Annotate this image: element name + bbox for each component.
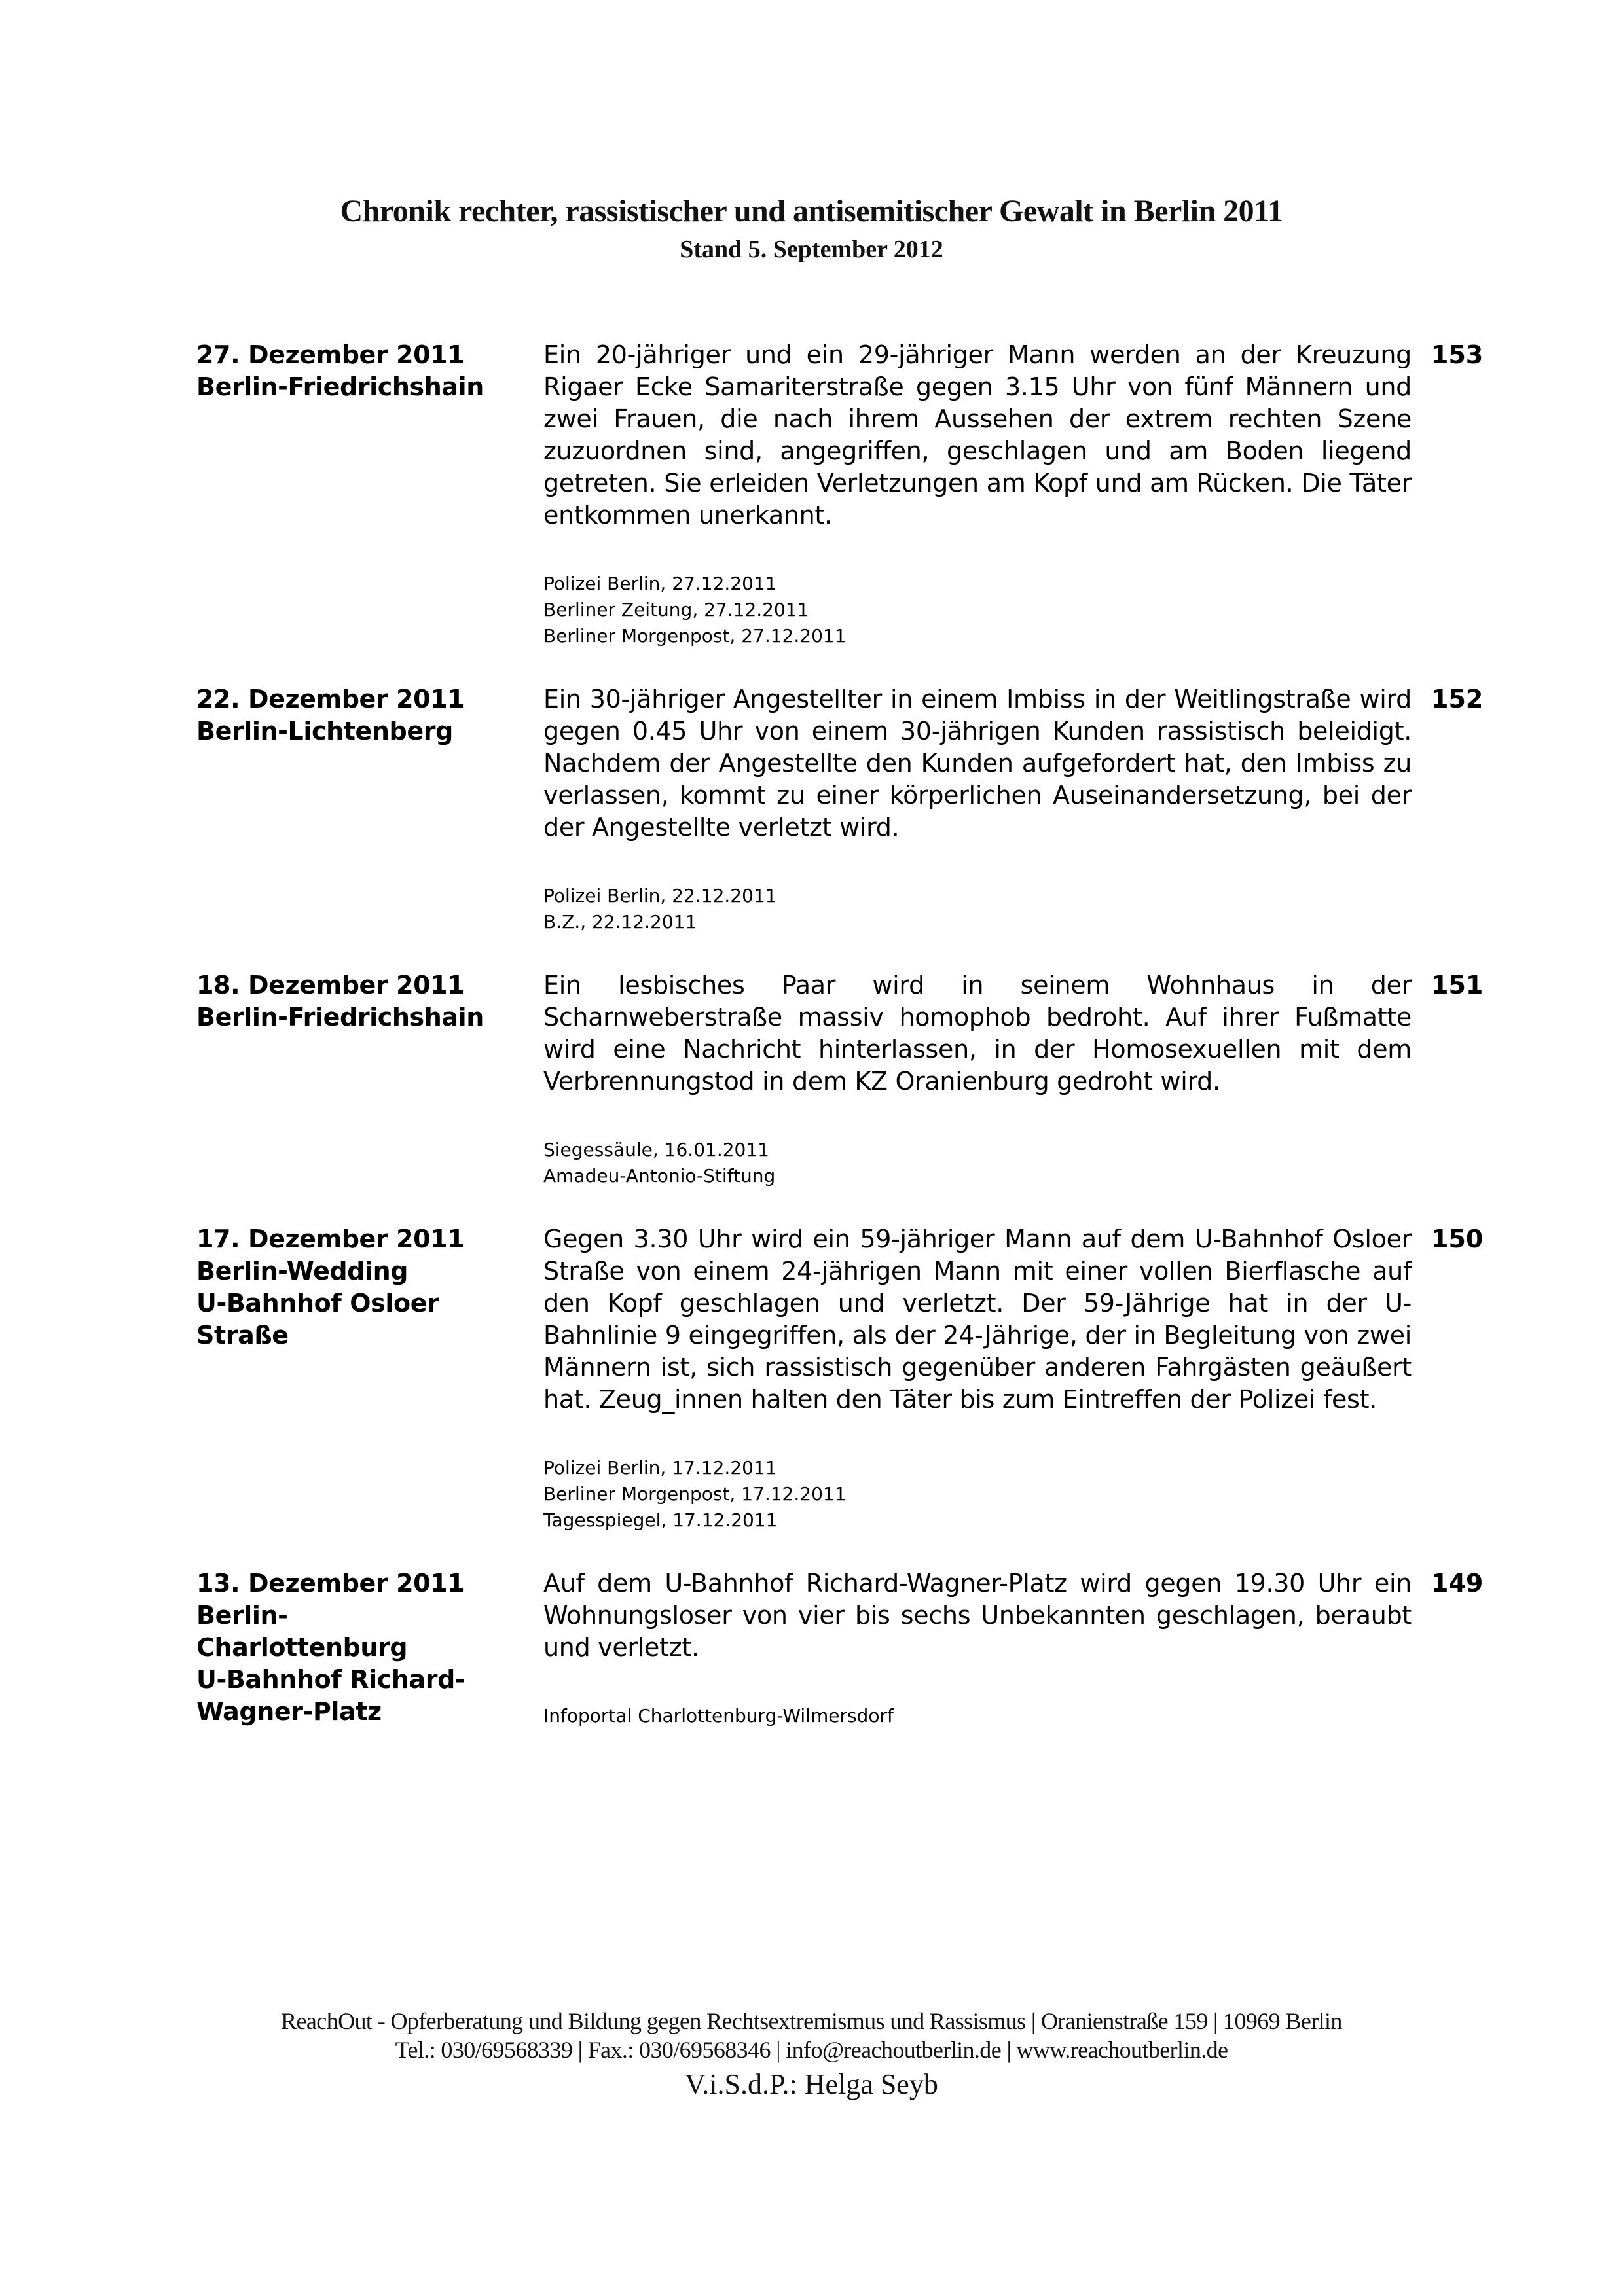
incident-date: 18. Dezember 2011 — [196, 969, 537, 1001]
incident-sources: Polizei Berlin, 17.12.2011 Berliner Morg… — [543, 1455, 1414, 1534]
incident-body: Gegen 3.30 Uhr wird ein 59-jähriger Mann… — [537, 1223, 1414, 1534]
incident-location: Berlin-Friedrichshain — [196, 1001, 537, 1033]
incident-entry: 22. Dezember 2011 Berlin-Lichtenberg Ein… — [196, 683, 1493, 935]
incident-body: Ein 20-jähriger und ein 29-jähriger Mann… — [537, 339, 1414, 649]
incident-date: 17. Dezember 2011 — [196, 1223, 537, 1255]
incident-meta: 18. Dezember 2011 Berlin-Friedrichshain — [196, 969, 537, 1033]
incident-location: Berlin-Friedrichshain — [196, 371, 537, 403]
incident-entry: 27. Dezember 2011 Berlin-Friedrichshain … — [196, 339, 1493, 649]
incident-description: Ein 30-jähriger Angestellter in einem Im… — [543, 683, 1412, 844]
incident-location: Straße — [196, 1319, 537, 1352]
incident-body: Ein lesbisches Paar wird in seinem Wohnh… — [537, 969, 1414, 1189]
footer-organization: ReachOut - Opferberatung und Bildung geg… — [0, 2007, 1623, 2036]
source-line: Polizei Berlin, 27.12.2011 — [543, 571, 1414, 597]
incident-entry: 18. Dezember 2011 Berlin-Friedrichshain … — [196, 969, 1493, 1189]
incident-number: 149 — [1414, 1568, 1483, 1600]
source-line: Berliner Morgenpost, 27.12.2011 — [543, 623, 1414, 649]
source-line: Polizei Berlin, 22.12.2011 — [543, 883, 1414, 909]
source-line: Tagesspiegel, 17.12.2011 — [543, 1507, 1414, 1534]
source-line: Siegessäule, 16.01.2011 — [543, 1137, 1414, 1163]
document-subtitle: Stand 5. September 2012 — [0, 233, 1623, 266]
footer-contact: Tel.: 030/69568339 | Fax.: 030/69568346 … — [0, 2036, 1623, 2064]
incident-description: Ein lesbisches Paar wird in seinem Wohnh… — [543, 969, 1412, 1098]
source-line: Infoportal Charlottenburg-Wilmersdorf — [543, 1703, 1414, 1729]
incident-number: 152 — [1414, 683, 1483, 715]
incident-location: Wagner-Platz — [196, 1696, 537, 1728]
incident-date: 13. Dezember 2011 — [196, 1568, 537, 1600]
incident-body: Auf dem U-Bahnhof Richard-Wagner-Platz w… — [537, 1568, 1414, 1729]
incident-description: Gegen 3.30 Uhr wird ein 59-jähriger Mann… — [543, 1223, 1412, 1416]
incident-sources: Siegessäule, 16.01.2011 Amadeu-Antonio-S… — [543, 1137, 1414, 1189]
incident-number: 153 — [1414, 339, 1483, 371]
incident-sources: Infoportal Charlottenburg-Wilmersdorf — [543, 1703, 1414, 1729]
incident-number: 150 — [1414, 1223, 1483, 1255]
document-title: Chronik rechter, rassistischer und antis… — [0, 191, 1623, 232]
source-line: Polizei Berlin, 17.12.2011 — [543, 1455, 1414, 1481]
incident-entry: 17. Dezember 2011 Berlin-Wedding U-Bahnh… — [196, 1223, 1493, 1534]
source-line: Berliner Morgenpost, 17.12.2011 — [543, 1481, 1414, 1507]
incident-body: Ein 30-jähriger Angestellter in einem Im… — [537, 683, 1414, 935]
incident-description: Ein 20-jähriger und ein 29-jähriger Mann… — [543, 339, 1412, 531]
incident-meta: 17. Dezember 2011 Berlin-Wedding U-Bahnh… — [196, 1223, 537, 1352]
source-line: B.Z., 22.12.2011 — [543, 909, 1414, 935]
incident-entry: 13. Dezember 2011 Berlin- Charlottenburg… — [196, 1568, 1493, 1729]
incident-number: 151 — [1414, 969, 1483, 1001]
incident-location: Berlin-Lichtenberg — [196, 715, 537, 747]
incident-date: 27. Dezember 2011 — [196, 339, 537, 371]
incident-meta: 27. Dezember 2011 Berlin-Friedrichshain — [196, 339, 537, 403]
footer-responsible: V.i.S.d.P.: Helga Seyb — [0, 2066, 1623, 2104]
incident-location: U-Bahnhof Osloer — [196, 1287, 537, 1319]
incident-location: Berlin-Wedding — [196, 1255, 537, 1287]
incident-list: 27. Dezember 2011 Berlin-Friedrichshain … — [196, 339, 1493, 1763]
source-line: Amadeu-Antonio-Stiftung — [543, 1163, 1414, 1189]
incident-meta: 13. Dezember 2011 Berlin- Charlottenburg… — [196, 1568, 537, 1728]
incident-location: Charlottenburg — [196, 1632, 537, 1664]
document-footer: ReachOut - Opferberatung und Bildung geg… — [0, 2007, 1623, 2104]
incident-description: Auf dem U-Bahnhof Richard-Wagner-Platz w… — [543, 1568, 1412, 1664]
source-line: Berliner Zeitung, 27.12.2011 — [543, 597, 1414, 623]
incident-sources: Polizei Berlin, 27.12.2011 Berliner Zeit… — [543, 571, 1414, 649]
document-header: Chronik rechter, rassistischer und antis… — [0, 191, 1623, 266]
incident-date: 22. Dezember 2011 — [196, 683, 537, 715]
incident-sources: Polizei Berlin, 22.12.2011 B.Z., 22.12.2… — [543, 883, 1414, 935]
incident-location: U-Bahnhof Richard- — [196, 1664, 537, 1696]
incident-meta: 22. Dezember 2011 Berlin-Lichtenberg — [196, 683, 537, 747]
incident-location: Berlin- — [196, 1600, 537, 1632]
